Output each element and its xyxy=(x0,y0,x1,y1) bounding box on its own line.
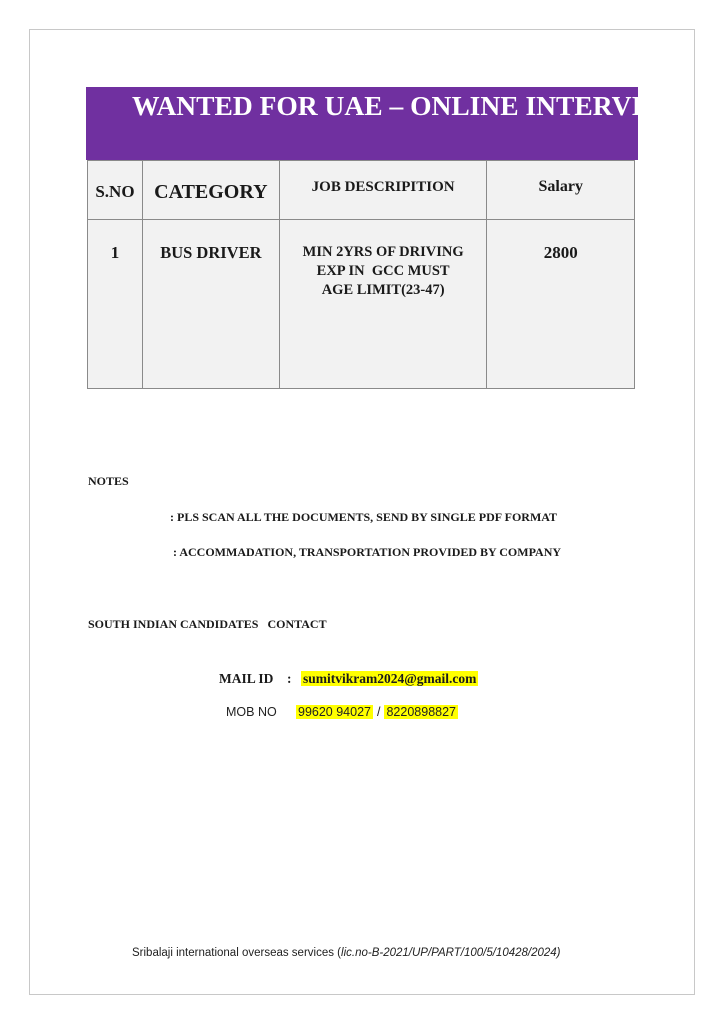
table-header-row: S.NO CATEGORY JOB DESCRIPITION Salary xyxy=(88,161,635,220)
mail-colon: : xyxy=(287,671,301,687)
cell-sno: 1 xyxy=(88,220,143,389)
header-category: CATEGORY xyxy=(142,161,279,220)
mail-row: MAIL ID:sumitvikram2024@gmail.com xyxy=(219,671,478,687)
footer-company: Sribalaji international overseas service… xyxy=(132,947,341,959)
mobile-label: MOB NO xyxy=(226,705,296,719)
description-line: MIN 2YRS OF DRIVING xyxy=(280,243,487,262)
notes-heading: NOTES xyxy=(88,474,129,489)
footer-license: lic.no-B-2021/UP/PART/100/5/10428/2024) xyxy=(341,947,561,959)
email-link[interactable]: sumitvikram2024@gmail.com xyxy=(301,671,478,686)
table-row: 1 BUS DRIVER MIN 2YRS OF DRIVING EXP IN … xyxy=(88,220,635,389)
title-banner: WANTED FOR UAE – ONLINE INTERVIEW xyxy=(86,87,638,160)
header-job-description: JOB DESCRIPITION xyxy=(279,161,487,220)
jobs-table: S.NO CATEGORY JOB DESCRIPITION Salary 1 … xyxy=(87,160,635,389)
description-line: AGE LIMIT(23-47) xyxy=(280,281,487,300)
cell-category: BUS DRIVER xyxy=(142,220,279,389)
phone-number-1[interactable]: 99620 94027 xyxy=(296,705,373,719)
page-title: WANTED FOR UAE – ONLINE INTERVIEW xyxy=(132,90,630,122)
mail-label: MAIL ID xyxy=(219,671,287,687)
cell-job-description: MIN 2YRS OF DRIVING EXP IN GCC MUST AGE … xyxy=(279,220,487,389)
cell-salary: 2800 xyxy=(487,220,635,389)
description-line: EXP IN GCC MUST xyxy=(280,262,487,281)
note-item: : PLS SCAN ALL THE DOCUMENTS, SEND BY SI… xyxy=(170,510,557,525)
phone-separator: / xyxy=(373,705,384,719)
header-sno: S.NO xyxy=(88,161,143,220)
footer: Sribalaji international overseas service… xyxy=(132,947,561,959)
note-item: : ACCOMMADATION, TRANSPORTATION PROVIDED… xyxy=(173,545,561,560)
phone-number-2[interactable]: 8220898827 xyxy=(384,705,458,719)
mobile-row: MOB NO99620 94027/8220898827 xyxy=(226,705,458,719)
contact-heading: SOUTH INDIAN CANDIDATES CONTACT xyxy=(88,617,327,632)
header-salary: Salary xyxy=(487,161,635,220)
